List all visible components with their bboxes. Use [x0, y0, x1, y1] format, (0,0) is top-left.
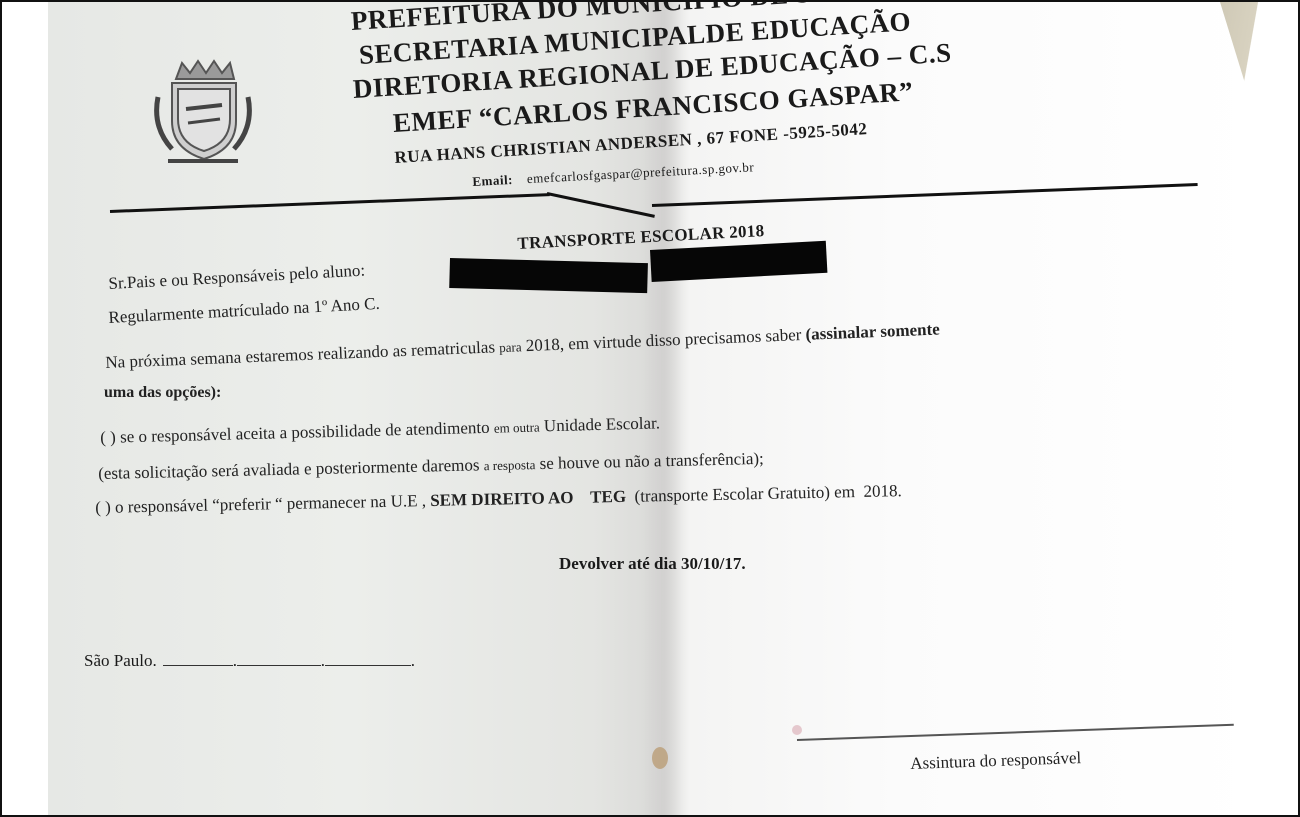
- intro-text-small: para: [499, 339, 522, 355]
- email-label: Email:: [472, 172, 513, 189]
- redacted-student-name: [449, 258, 648, 293]
- paper-stain: [792, 725, 802, 735]
- option-1-text-small: em outra: [494, 419, 540, 435]
- option-2-checkbox[interactable]: ( ): [95, 498, 111, 517]
- note-text-small: a resposta: [484, 457, 536, 473]
- note-text: se houve ou não a transferência);: [535, 449, 764, 473]
- intro-instruction: (assinalar somente: [805, 319, 940, 343]
- date-year-field[interactable]: [325, 651, 411, 666]
- coat-of-arms-icon: [148, 57, 258, 169]
- paper-fold: [642, 2, 682, 815]
- date-line: São Paulo....: [84, 651, 415, 671]
- intro-instruction-cont: uma das opções):: [104, 384, 221, 402]
- paper-stain: [652, 747, 668, 769]
- document-frame: PREFEITURA DO MUNICIPIO DE SÃO PAULO SEC…: [0, 0, 1300, 817]
- option-2-emphasis: SEM DIREITO AO TEG: [430, 487, 626, 510]
- date-month-field[interactable]: [237, 651, 321, 666]
- city-label: São Paulo.: [84, 651, 157, 670]
- option-1-checkbox[interactable]: ( ): [100, 428, 116, 447]
- date-day-field[interactable]: [163, 651, 233, 666]
- return-deadline: Devolver até dia 30/10/17.: [559, 554, 746, 574]
- option-1-text: Unidade Escolar.: [539, 413, 660, 435]
